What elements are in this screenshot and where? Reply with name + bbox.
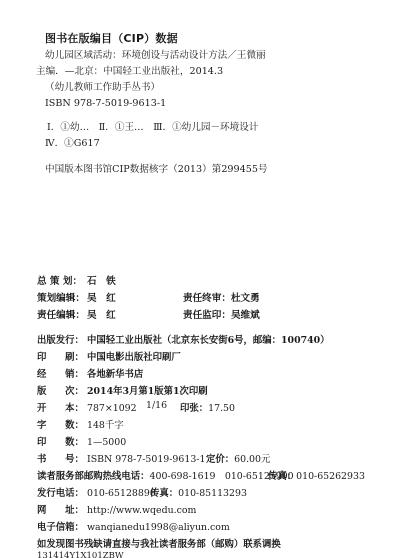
website-row: 网 址：http://www.wqedu.com	[37, 502, 196, 516]
cip-isbn-line: ISBN 978-7-5019-9613-1	[45, 97, 166, 110]
cip-book-title-line: 幼儿园区域活动：环境创设与活动设计方法／王微丽	[45, 49, 266, 62]
chief-planner-label: 总 策 划：	[37, 273, 87, 287]
publisher-value: 中国轻工业出版社（北京东长安街6号，邮编：100740）	[87, 335, 330, 346]
wordcount-value: 148千字	[87, 420, 124, 431]
cip-publisher-line: 主编．—北京：中国轻工业出版社，2014.3	[36, 65, 223, 78]
publisher-label: 出版发行：	[37, 332, 87, 346]
responsible-editor-label: 责任编辑：	[37, 307, 87, 321]
cip-title: 图书在版编目（CIP）数据	[45, 30, 178, 46]
hotline-row: 读者服务部邮购热线电话：400-698-1619 010-65125990	[37, 468, 294, 482]
chief-planner-value: 石 铁	[87, 276, 116, 287]
hotline-fax-row: 传真：010-65262933	[268, 468, 365, 482]
distributor-label: 经 销：	[37, 366, 87, 380]
isbn-label: 书 号：	[37, 451, 87, 465]
website-label: 网 址：	[37, 502, 87, 516]
print-supervisor-label: 责任监印：	[183, 310, 231, 321]
email-link[interactable]: wanqianedu1998@aliyun.com	[87, 522, 230, 533]
print-code: 131414Y1X101ZBW	[37, 551, 124, 558]
hotline-fax-value: 010-65262933	[296, 471, 365, 482]
printer-label: 印 刷：	[37, 349, 87, 363]
print-supervisor-value: 吴维斌	[231, 310, 260, 321]
sheets-row: 印张：17.50	[180, 400, 235, 414]
dist-phone-label: 发行电话：	[37, 485, 87, 499]
edition-row: 版 次：2014年3月第1版第1次印刷	[37, 383, 208, 397]
dist-fax-label: 传真：	[150, 488, 178, 499]
printer-value: 中国电影出版社印刷厂	[87, 352, 181, 363]
format-fraction: 1/16	[146, 400, 167, 411]
print-run-value: 1—5000	[87, 437, 126, 448]
edition-label: 版 次：	[37, 383, 87, 397]
hotline-fax-label: 传真：	[268, 471, 296, 482]
isbn-value: ISBN 978-7-5019-9613-1	[87, 454, 205, 465]
price-value: 60.00元	[234, 454, 270, 465]
format-label: 开 本：	[37, 400, 87, 414]
responsible-editor-row: 责任编辑：吴 红	[37, 307, 116, 321]
wordcount-label: 字 数：	[37, 417, 87, 431]
responsible-editor-value: 吴 红	[87, 310, 116, 321]
distributor-row: 经 销：各地新华书店	[37, 366, 143, 380]
edition-value: 2014年3月第1版第1次印刷	[87, 386, 208, 397]
hotline-label: 读者服务部邮购热线电话：	[37, 471, 150, 482]
chief-planner-row: 总 策 划：石 铁	[37, 273, 116, 287]
website-link[interactable]: http://www.wqedu.com	[87, 505, 196, 516]
final-review-value: 杜文勇	[231, 293, 260, 304]
planning-editor-label: 策划编辑：	[37, 290, 87, 304]
dist-phone-value: 010-65128898	[87, 488, 156, 499]
email-row: 电子信箱：wanqianedu1998@aliyun.com	[37, 519, 230, 533]
publisher-row: 出版发行：中国轻工业出版社（北京东长安街6号，邮编：100740）	[37, 332, 330, 346]
print-run-label: 印 数：	[37, 434, 87, 448]
final-review-label: 责任终审：	[183, 293, 231, 304]
price-row: 定价：60.00元	[206, 451, 270, 465]
format-value: 787×1092	[87, 403, 137, 414]
planning-editor-value: 吴 红	[87, 293, 116, 304]
sheets-label: 印张：	[180, 403, 208, 414]
cip-classification-line-2: Ⅳ．①G617	[45, 137, 100, 150]
email-label: 电子信箱：	[37, 519, 87, 533]
format-row: 开 本：787×1092	[37, 400, 137, 414]
cip-data-number: 中国版本图书馆CIP数据核字（2013）第299455号	[45, 163, 268, 176]
distributor-value: 各地新华书店	[87, 369, 143, 380]
dist-fax-row: 传真：010-85113293	[150, 485, 247, 499]
final-review-row: 责任终审：杜文勇	[183, 290, 260, 304]
dist-phone-row: 发行电话：010-65128898	[37, 485, 156, 499]
price-label: 定价：	[206, 454, 234, 465]
cip-classification-line: Ⅰ．①幼… Ⅱ．①王… Ⅲ．①幼儿园－环境设计	[47, 121, 258, 134]
print-run-row: 印 数：1—5000	[37, 434, 126, 448]
print-supervisor-row: 责任监印：吴维斌	[183, 307, 260, 321]
replacement-notice: 如发现图书残缺请直接与我社读者服务部（邮购）联系调换	[37, 536, 281, 550]
dist-fax-value: 010-85113293	[178, 488, 247, 499]
sheets-value: 17.50	[208, 403, 235, 414]
printer-row: 印 刷：中国电影出版社印刷厂	[37, 349, 181, 363]
planning-editor-row: 策划编辑：吴 红	[37, 290, 116, 304]
isbn-row: 书 号：ISBN 978-7-5019-9613-1	[37, 451, 205, 465]
wordcount-row: 字 数：148千字	[37, 417, 124, 431]
cip-series-line: （幼儿教师工作助手丛书）	[45, 81, 160, 94]
